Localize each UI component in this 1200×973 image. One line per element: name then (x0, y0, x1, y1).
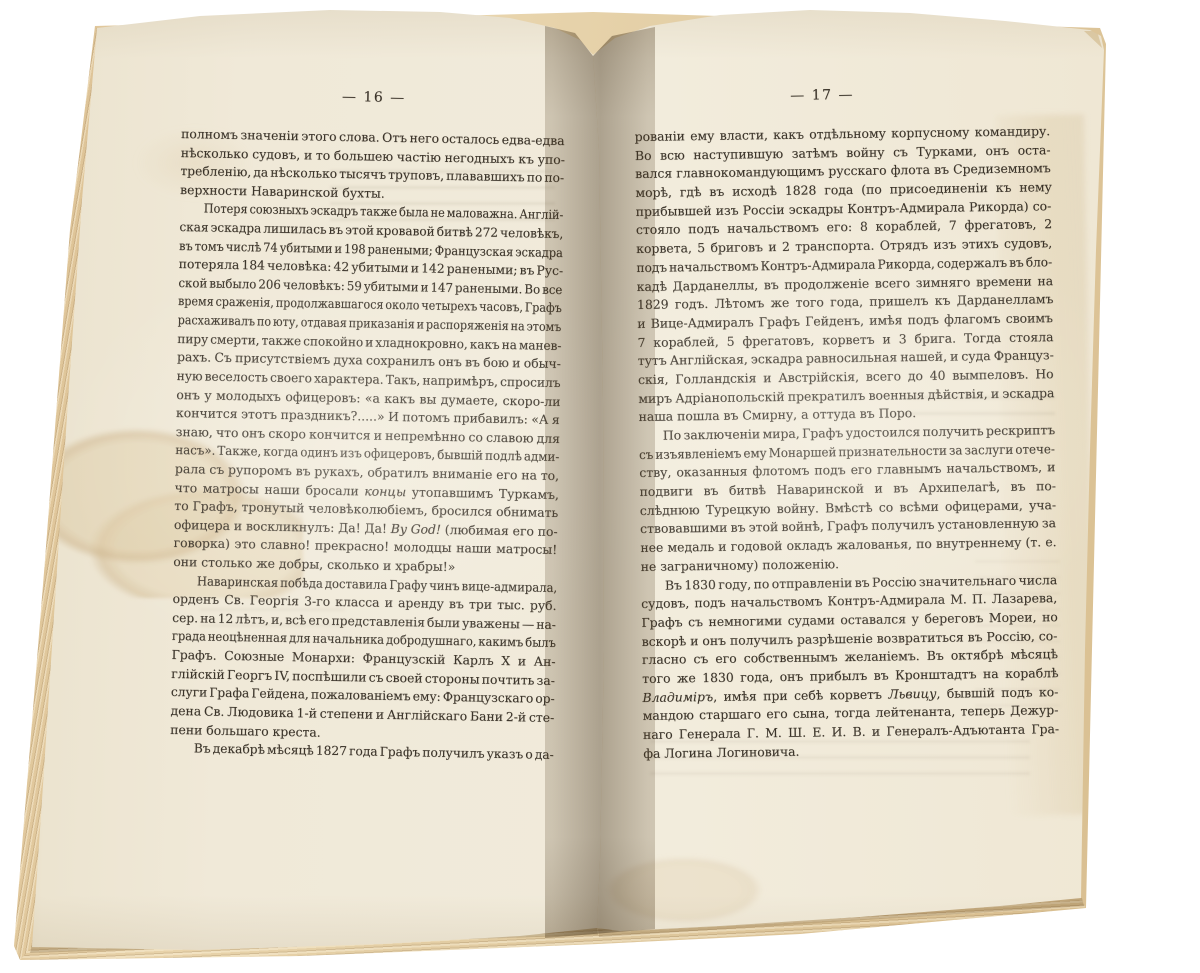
text-line: миръ Адріанопольскій прекратилъ военныя … (638, 384, 1054, 408)
open-book-photo: — 16 — полномъ значеніи этого слова. Отъ… (0, 0, 1200, 973)
page-number-right: — 17 — (614, 84, 1030, 109)
text-line: пени большаго креста. (170, 720, 554, 746)
text-line: орденъ Св. Георгія 3-го класса и аренду … (172, 590, 556, 616)
text-line: слѣднюю Турецкую войну. Вмѣстѣ со всѣми … (640, 496, 1056, 520)
text-line: Наваринская побѣда доставила Графу чинъ … (173, 572, 557, 598)
text-line: того же 1830 года, онъ прибылъ въ Кроншт… (642, 664, 1058, 688)
text-line: глійскій Георгъ IV, поспѣшили съ своей с… (171, 665, 555, 691)
page-number-left: — 16 — (182, 86, 566, 112)
paper-stain (600, 845, 810, 935)
text-line: не заграничному) положенію. (641, 552, 1057, 576)
text-line: дена Св. Людовика 1-й степени и Англійск… (170, 702, 554, 728)
text-line: ную веселость своего характера. Такъ, на… (177, 367, 561, 393)
showthrough-text (905, 386, 1055, 428)
left-page-text: — 16 — полномъ значеніи этого слова. Отъ… (170, 86, 566, 765)
text-line: 1829 годъ. Лѣтомъ же того года, пришелъ … (637, 290, 1053, 314)
left-page-lines: полномъ значеніи этого слова. Отъ него о… (170, 125, 566, 765)
text-line: подвиги въ битвѣ Наваринской и въ Архипе… (639, 477, 1055, 501)
text-line: Графъ съ немногими судами оставался у бе… (641, 608, 1057, 632)
text-line: то Графъ, тронутый человѣколюбіемъ, брос… (174, 497, 558, 523)
text-line: гласно съ его собственнымъ желаніемъ. Въ… (642, 645, 1058, 669)
text-line: нее медаль и годовой окладъ жалованья, п… (640, 533, 1056, 557)
text-line: рала съ рупоромъ въ рукахъ, обратилъ вни… (175, 460, 559, 486)
text-line: Потеря союзныхъ эскадръ также была не ма… (180, 199, 564, 225)
text-line: онъ у молодыхъ офицеровъ: «а какъ вы дум… (176, 385, 560, 411)
text-line: время сраженія, продолжавшагося около че… (178, 292, 562, 318)
text-line: кончится этотъ праздникъ?.....» И потомъ… (176, 404, 560, 430)
text-line: подъ начальствомъ Контръ-Адмирала Рикорд… (636, 253, 1052, 277)
text-line: скія, Голландскія и Австрійскія, всего д… (638, 365, 1054, 389)
showthrough-text (330, 168, 555, 234)
paper-stain (120, 118, 270, 208)
showthrough-text (650, 740, 1030, 788)
text-line: знаю, что онъ скоро кончится и непремѣнн… (175, 423, 559, 449)
text-line: нѣсколько судовъ, и то большею частію не… (181, 144, 565, 170)
text-line: По заключеніи мира, Графъ удостоился пол… (639, 421, 1055, 445)
text-line: Въ 1830 году, по отправленіи въ Россію з… (641, 571, 1057, 595)
text-line: фа Логина Логиновича. (643, 739, 1059, 763)
text-line: кадѣ Дарданеллы, въ продолженіе всего зи… (637, 272, 1053, 296)
text-line: стояло подъ начальствомъ его: 8 кораблей… (636, 216, 1052, 240)
text-line: прибывшей изъ Россіи эскадры Контръ-Адми… (636, 197, 1052, 221)
text-line: мандою старшаго его сына, тогда лейтенан… (643, 701, 1059, 725)
text-line: 7 кораблей, 5 фрегатовъ, корветъ и 3 бри… (637, 328, 1053, 352)
text-line: Въ декабрѣ мѣсяцѣ 1827 года Графъ получи… (170, 739, 554, 765)
showthrough-text (200, 598, 345, 640)
text-line: они столько же добры, сколько и храбры!» (173, 553, 557, 579)
text-line: офицера и воскликнулъ: Да! Да! By God! (… (174, 516, 558, 542)
text-line: слуги Графа Гейдена, пожалованіемъ ему: … (171, 683, 555, 709)
text-line: что матросы наши бросали концы утопавшим… (174, 479, 558, 505)
text-line: судовъ, подъ начальствомъ Контръ-Адмирал… (641, 589, 1057, 613)
text-line: насъ». Также, когда одинъ изъ офицеровъ,… (175, 441, 559, 467)
text-line: расхаживалъ по юту, отдавая приказанія и… (178, 311, 562, 337)
text-line: Владиміръ, имѣя при себѣ корветъ Львицу,… (642, 683, 1058, 707)
text-line: рахъ. Съ присутствіемъ духа сохранилъ он… (177, 348, 561, 374)
text-line: верхности Наваринской бухты. (180, 181, 564, 207)
text-line: корвета, 5 бриговъ и 2 транспорта. Отряд… (636, 234, 1052, 258)
text-line: говорка) это славно! прекрасно! молодцы … (173, 534, 557, 560)
text-line: Графъ. Союзные Монархи: Французскій Карл… (171, 646, 555, 672)
right-page-text: — 17 — рованіи ему власти, какъ отдѣльно… (634, 84, 1059, 763)
text-line: полномъ значеніи этого слова. Отъ него о… (181, 125, 565, 151)
showthrough-text (975, 555, 1060, 720)
text-line: наша пошла въ Смирну, а оттуда въ Поро. (638, 402, 1054, 426)
text-line: града неоцѣненная для начальника доброду… (172, 627, 556, 653)
text-line: рованіи ему власти, какъ отдѣльному корп… (635, 122, 1051, 146)
text-line: и Вице-Адмиралъ Графъ Гейденъ, имѣя подъ… (637, 309, 1053, 333)
text-line: вался главнокомандующимъ русскаго флота … (635, 160, 1051, 184)
right-page-lines: рованіи ему власти, какъ отдѣльному корп… (635, 122, 1060, 763)
text-line: вскорѣ и онъ получилъ разрѣшеніе возврат… (642, 627, 1058, 651)
text-line: сер. на 12 лѣтъ, и, всѣ его представлені… (172, 609, 556, 635)
text-line: пиру смерти, также спокойно и хладнокров… (177, 330, 561, 356)
text-line: ству, оказанныя флотомъ подъ его главным… (639, 459, 1055, 483)
text-line: ствовавшими въ этой войнѣ, Графъ получил… (640, 515, 1056, 539)
text-line: морѣ, гдѣ въ исходѣ 1828 года (по присое… (635, 178, 1051, 202)
text-line: Во всю наступившую затѣмъ войну съ Турка… (635, 141, 1051, 165)
text-line: ской выбыло 206 человѣкъ: 59 убитыми и 1… (178, 274, 562, 300)
text-line: въ томъ числѣ 74 убитыми и 198 ранеными;… (179, 237, 563, 263)
text-line: потеряла 184 человѣка: 42 убитыми и 142 … (179, 255, 563, 281)
paper-stain-streak (996, 114, 1096, 815)
paper-stain (48, 428, 303, 598)
text-line: тутъ Англійская, эскадра равносильная на… (638, 346, 1054, 370)
text-line: требленію, да нѣсколько тысячъ труповъ, … (180, 162, 564, 188)
text-line: съ изъявленіемъ ему Монаршей признательн… (639, 440, 1055, 464)
text-line: ская эскадра лишилась въ этой кровавой б… (179, 218, 563, 244)
text-line: наго Генерала Г. М. Ш. Е. И. В. и Генера… (643, 720, 1059, 744)
